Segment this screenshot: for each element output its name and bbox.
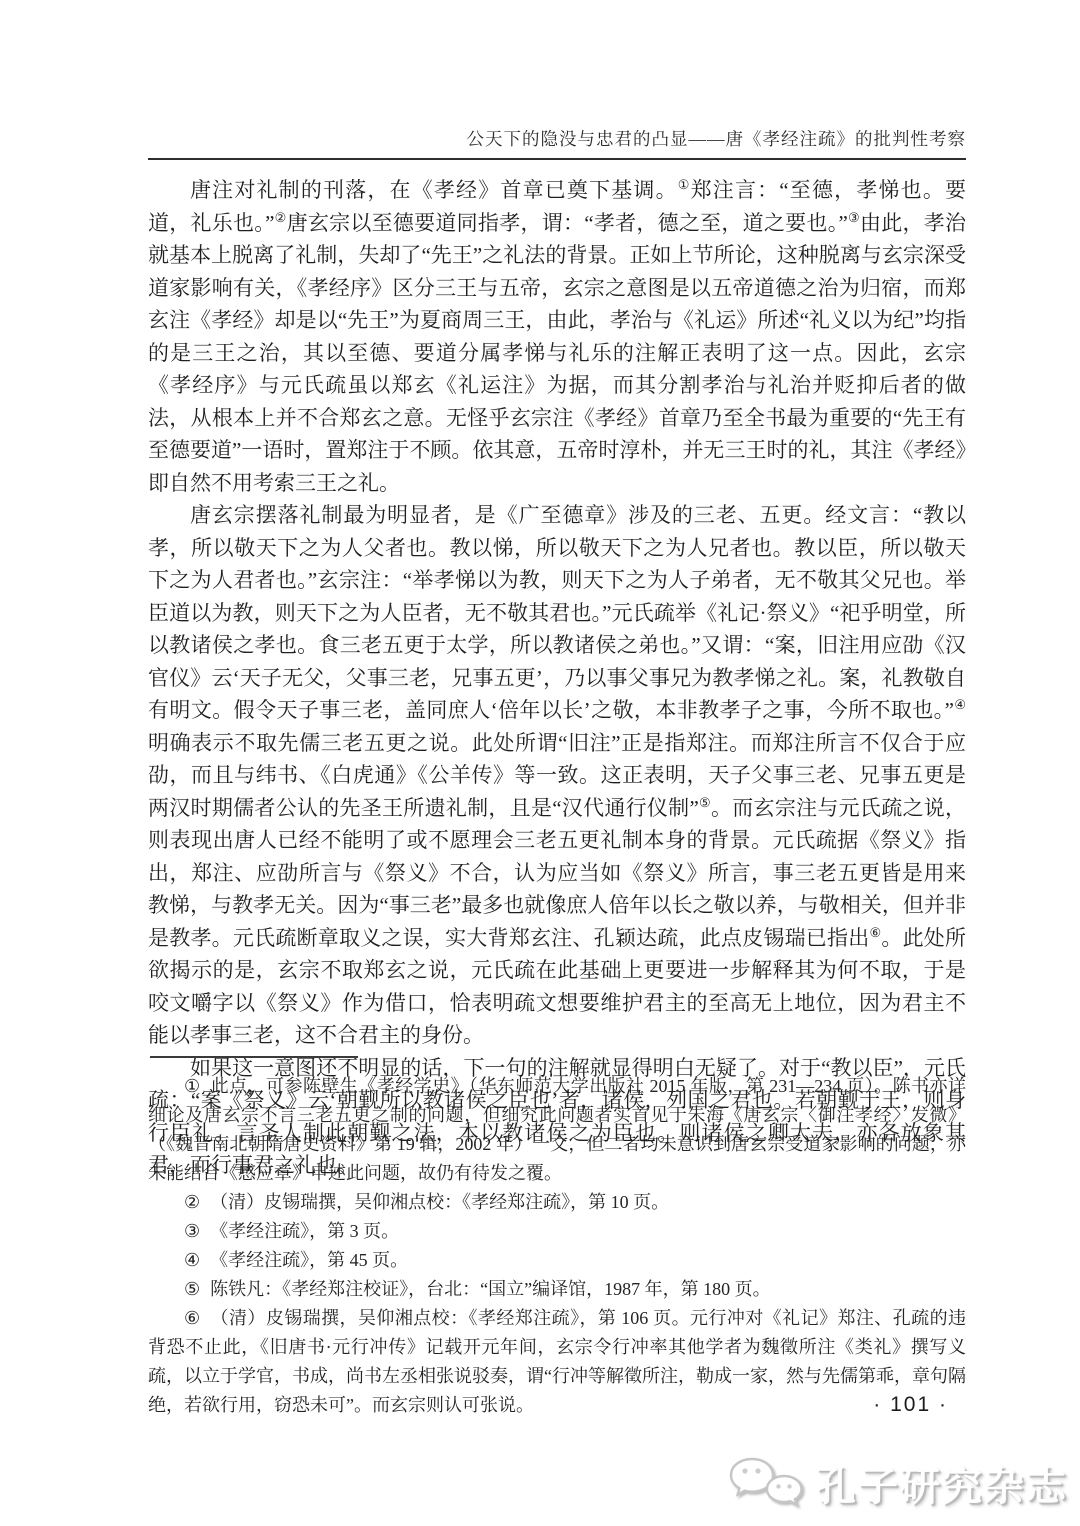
watermark: 孔子研究杂志	[728, 1455, 1068, 1512]
footnote-marker: ②	[184, 1192, 200, 1212]
footnote-ref: ⑤	[699, 795, 711, 810]
article-body: 唐注对礼制的刊落，在《孝经》首章已奠下基调。①郑注言：“至德，孝悌也。要道，礼乐…	[148, 174, 966, 1182]
watermark-text: 孔子研究杂志	[816, 1455, 1068, 1512]
footnote-item: ①此点，可参陈壁生《孝经学史》（华东师范大学出版社 2015 年版，第 231—…	[148, 1072, 966, 1188]
footnote-ref: ①	[678, 177, 691, 192]
footnote-item: ②（清）皮锡瑞撰，吴仰湘点校：《孝经郑注疏》，第 10 页。	[148, 1188, 966, 1217]
footnote-ref: ②	[274, 210, 286, 225]
wechat-chat-bubbles-icon	[728, 1456, 806, 1512]
footnote-separator	[150, 1056, 358, 1058]
page-number: · 101 ·	[148, 1393, 966, 1417]
header-rule	[148, 158, 966, 160]
footnote-item: ⑤陈铁凡：《孝经郑注校证》，台北：“国立”编译馆，1987 年，第 180 页。	[148, 1275, 966, 1304]
footnote-marker: ①	[184, 1076, 201, 1096]
footnote-marker: ④	[184, 1250, 200, 1270]
document-page: 公天下的隐没与忠君的凸显——唐《孝经注疏》的批判性考察 唐注对礼制的刊落，在《孝…	[0, 0, 1080, 1526]
footnote-ref: ④	[954, 697, 966, 712]
footnote-marker: ⑥	[184, 1308, 201, 1328]
body-paragraph: 唐玄宗摆落礼制最为明显者，是《广至德章》涉及的三老、五更。经文言：“教以孝，所以…	[148, 499, 966, 1052]
footnote-ref: ⑥	[869, 925, 881, 940]
footnotes: ①此点，可参陈壁生《孝经学史》（华东师范大学出版社 2015 年版，第 231—…	[148, 1072, 966, 1420]
running-title: 公天下的隐没与忠君的凸显——唐《孝经注疏》的批判性考察	[148, 126, 966, 151]
footnote-marker: ③	[184, 1221, 200, 1241]
footnote-item: ③《孝经注疏》，第 3 页。	[148, 1217, 966, 1246]
footnote-ref: ③	[848, 210, 860, 225]
footnote-item: ④《孝经注疏》，第 45 页。	[148, 1246, 966, 1275]
footnote-marker: ⑤	[184, 1279, 200, 1299]
body-paragraph: 唐注对礼制的刊落，在《孝经》首章已奠下基调。①郑注言：“至德，孝悌也。要道，礼乐…	[148, 174, 966, 499]
